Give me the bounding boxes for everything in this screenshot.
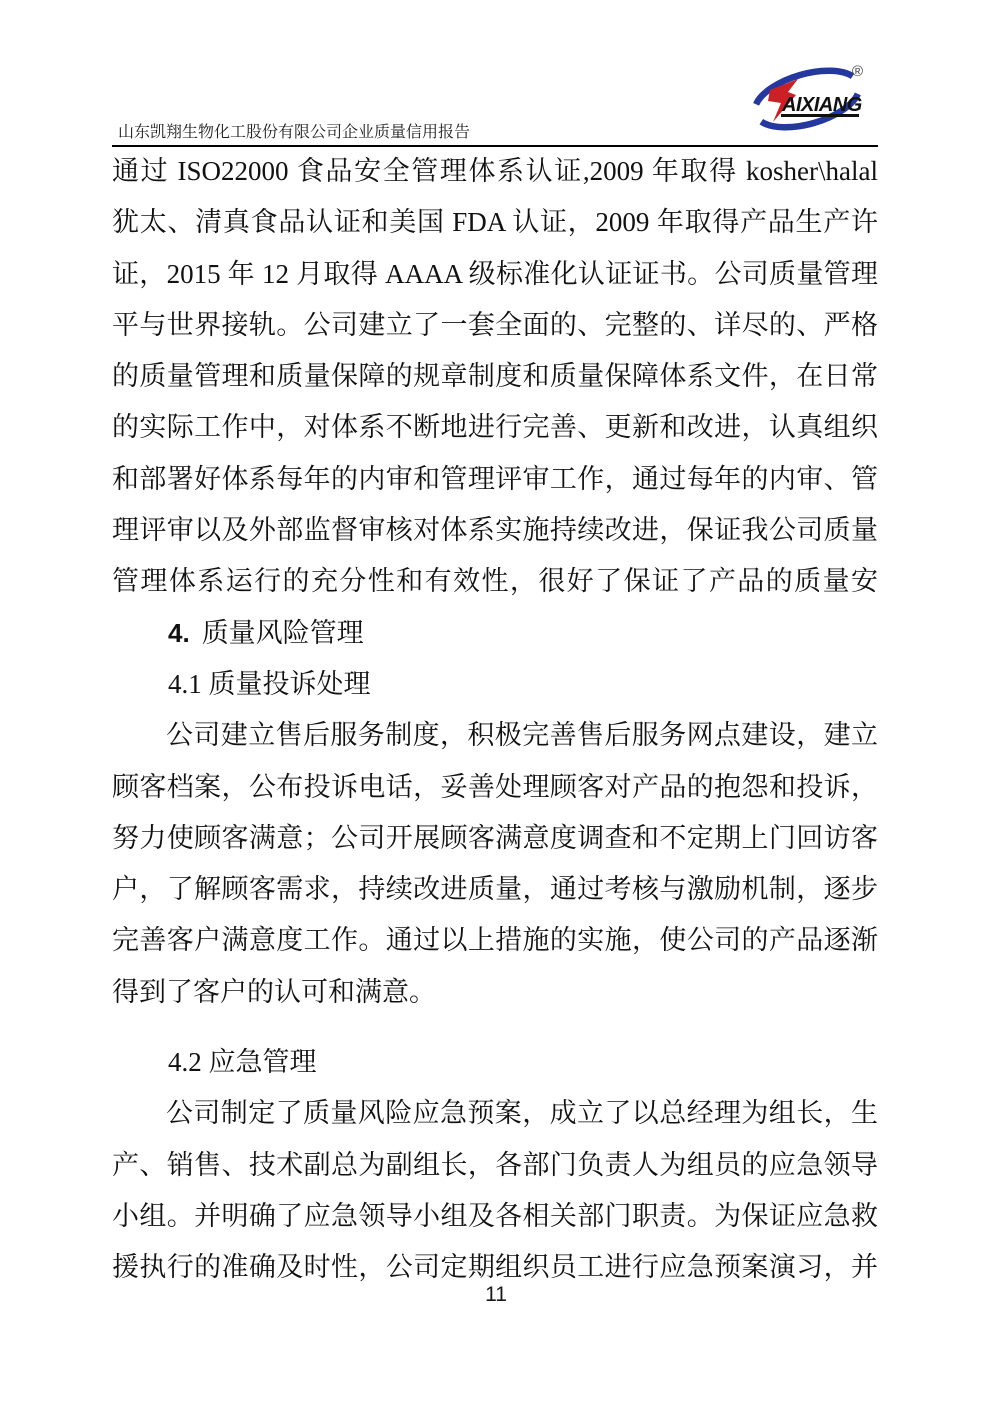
page-number: 11 [0, 1283, 992, 1307]
paragraph1-line: 理评审以及外部监督审核对体系实施持续改进，保证我公司质量 [112, 505, 878, 556]
section-4-2-heading: 4.2 应急管理 [112, 1037, 878, 1088]
paragraph1-line: 证，2015 年 12 月取得 AAAA 级标准化认证证书。公司质量管理水 [112, 249, 878, 300]
paragraph2-line: 得到了客户的认可和满意。 [112, 967, 878, 1018]
paragraph2-line: 努力使顾客满意；公司开展顾客满意度调查和不定期上门回访客 [112, 813, 878, 864]
paragraph1-line: 的质量管理和质量保障的规章制度和质量保障体系文件，在日常 [112, 351, 878, 402]
paragraph1-line: 和部署好体系每年的内审和管理评审工作，通过每年的内审、管 [112, 454, 878, 505]
logo-brand-text: AIXIANG [781, 94, 862, 116]
paragraph3-line: 产、销售、技术副总为副组长，各部门负责人为组员的应急领导 [112, 1140, 878, 1191]
section-4-title: 质量风险管理 [202, 618, 364, 648]
report-header-title: 山东凯翔生物化工股份有限公司企业质量信用报告 [118, 123, 470, 143]
kaixiang-logo: AIXIANG ® [748, 58, 874, 140]
paragraph1-line: 管理体系运行的充分性和有效性，很好了保证了产品的质量安全。 [112, 556, 878, 607]
paragraph1-line: 平与世界接轨。公司建立了一套全面的、完整的、详尽的、严格 [112, 300, 878, 351]
paragraph1-line: 的实际工作中，对体系不断地进行完善、更新和改进，认真组织 [112, 402, 878, 453]
section-4-heading: 4.质量风险管理 [112, 608, 878, 659]
registered-trademark-icon: ® [852, 63, 863, 80]
paragraph1-line: 通过 ISO22000 食品安全管理体系认证,2009 年取得 kosher\h… [112, 146, 878, 197]
section-4-number: 4. [168, 618, 190, 648]
paragraph1-line: 犹太、清真食品认证和美国 FDA 认证，2009 年取得产品生产许可 [112, 197, 878, 248]
paragraph2-line: 完善客户满意度工作。通过以上措施的实施，使公司的产品逐渐 [112, 915, 878, 966]
kaixiang-logo-graphic: AIXIANG ® [748, 58, 874, 140]
paragraph3-line: 公司制定了质量风险应急预案，成立了以总经理为组长，生 [112, 1088, 878, 1139]
paragraph2-line: 顾客档案，公布投诉电话，妥善处理顾客对产品的抱怨和投诉， [112, 762, 878, 813]
section-4-1-heading: 4.1 质量投诉处理 [112, 659, 878, 710]
document-body: 通过 ISO22000 食品安全管理体系认证,2009 年取得 kosher\h… [112, 146, 878, 1294]
document-page: 山东凯翔生物化工股份有限公司企业质量信用报告 AIXIANG ® 通过 ISO2… [0, 0, 992, 1403]
paragraph2-line: 公司建立售后服务制度，积极完善售后服务网点建设，建立 [112, 710, 878, 761]
paragraph2-line: 户，了解顾客需求，持续改进质量，通过考核与激励机制，逐步 [112, 864, 878, 915]
paragraph3-line: 小组。并明确了应急领导小组及各相关部门职责。为保证应急救 [112, 1191, 878, 1242]
